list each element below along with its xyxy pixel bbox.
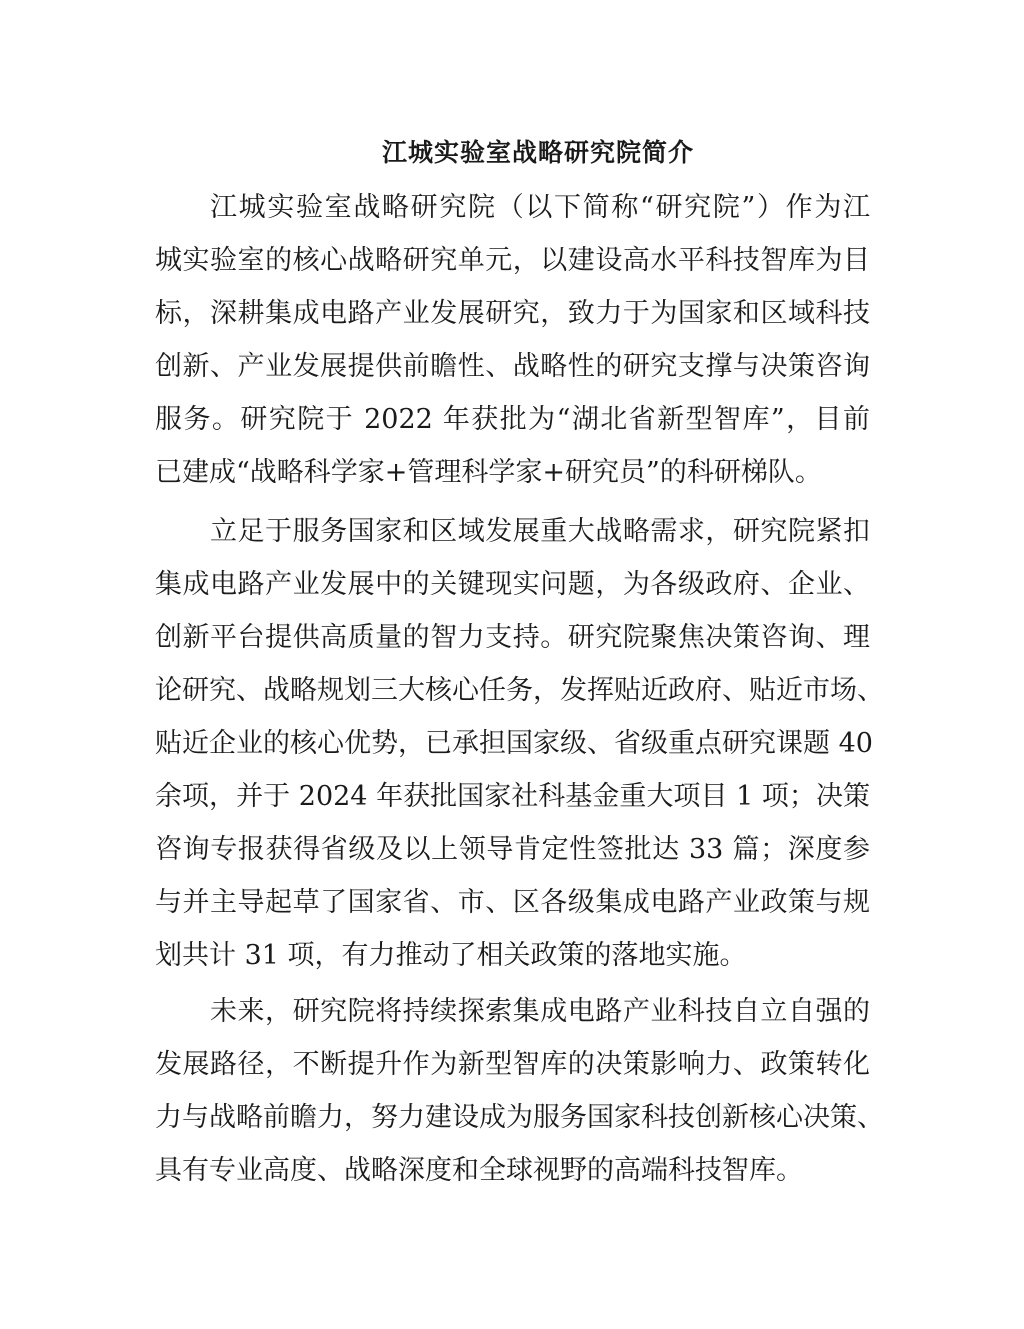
paragraph-line: 余项，并于 2024 年获批国家社科基金重大项目 1 项；决策 [155,779,870,815]
paragraph-line: 具有专业高度、战略深度和全球视野的高端科技智库。 [155,1153,870,1189]
paragraph-line: 江城实验室战略研究院（以下简称“研究院”）作为江 [210,190,870,226]
paragraph-line: 咨询专报获得省级及以上领导肯定性签批达 33 篇；深度参 [155,832,870,868]
paragraph-line: 与并主导起草了国家省、市、区各级集成电路产业政策与规 [155,885,870,921]
paragraph-line: 论研究、战略规划三大核心任务，发挥贴近政府、贴近市场、 [155,673,870,709]
paragraph-line: 创新、产业发展提供前瞻性、战略性的研究支撑与决策咨询 [155,349,870,385]
paragraph-line: 划共计 31 项，有力推动了相关政策的落地实施。 [155,938,870,974]
paragraph-line: 创新平台提供高质量的智力支持。研究院聚焦决策咨询、理 [155,620,870,656]
paragraph-line: 发展路径，不断提升作为新型智库的决策影响力、政策转化 [155,1047,870,1083]
paragraph-line: 集成电路产业发展中的关键现实问题，为各级政府、企业、 [155,567,870,603]
paragraph-line: 立足于服务国家和区域发展重大战略需求，研究院紧扣 [210,514,870,550]
document-title: 江城实验室战略研究院简介 [0,133,1024,169]
paragraph-line: 服务。研究院于 2022 年获批为“湖北省新型智库”，目前 [155,402,870,438]
paragraph-line: 力与战略前瞻力，努力建设成为服务国家科技创新核心决策、 [155,1100,870,1136]
document-page: 江城实验室战略研究院简介 江城实验室战略研究院（以下简称“研究院”）作为江 城实… [0,0,1024,1329]
paragraph-line: 城实验室的核心战略研究单元，以建设高水平科技智库为目 [155,243,870,279]
paragraph-line: 已建成“战略科学家+管理科学家+研究员”的科研梯队。 [155,455,870,491]
paragraph-line: 贴近企业的核心优势，已承担国家级、省级重点研究课题 40 [155,726,870,762]
paragraph-line: 标，深耕集成电路产业发展研究，致力于为国家和区域科技 [155,296,870,332]
paragraph-line: 未来，研究院将持续探索集成电路产业科技自立自强的 [210,994,870,1030]
